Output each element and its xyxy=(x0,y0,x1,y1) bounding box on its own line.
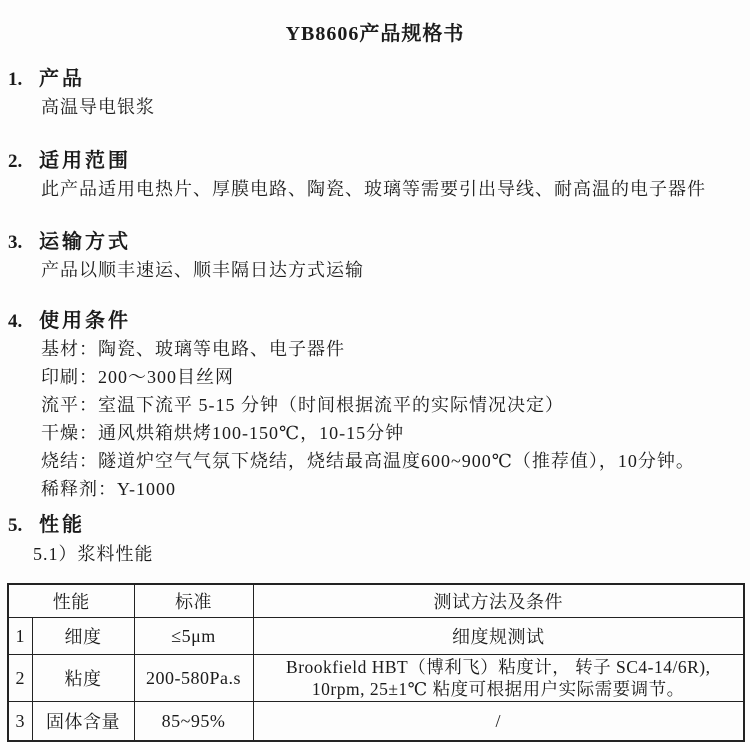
cell-property: 细度 xyxy=(32,618,134,655)
row-number: 1 xyxy=(8,618,32,655)
section-title: 运输方式 xyxy=(39,231,131,253)
cell-property: 粘度 xyxy=(32,655,134,702)
section-title: 性能 xyxy=(39,514,85,536)
cell-standard: 200-580Pa.s xyxy=(134,655,253,702)
section-performance: 5. 性能 5.1）浆料性能 xyxy=(8,514,738,565)
section-heading: 3. 运输方式 xyxy=(8,231,738,254)
section-number: 3. xyxy=(8,232,39,254)
section-number: 1. xyxy=(8,69,39,91)
body-line-sintering: 烧结：隧道炉空气气氛下烧结，烧结最高温度600~900℃（推荐值），10分钟。 xyxy=(41,447,738,475)
document-page: YB8606产品规格书 1. 产品 高温导电银浆 2. 适用范围 此产品适用电热… xyxy=(0,0,750,750)
section-heading: 4. 使用条件 xyxy=(8,310,738,333)
table-row: 2 粘度 200-580Pa.s Brookfield HBT（博利飞）粘度计，… xyxy=(8,655,744,702)
body-line: 产品以顺丰速运、顺丰隔日达方式运输 xyxy=(41,256,738,284)
body-line-drying: 干燥：通风烘箱烘烤100-150℃，10-15分钟 xyxy=(41,419,738,447)
table-row: 3 固体含量 85~95% / xyxy=(8,702,744,742)
section-body: 产品以顺丰速运、顺丰隔日达方式运输 xyxy=(41,256,738,284)
performance-table: 性能 标准 测试方法及条件 1 细度 ≤5μm 细度规测试 2 粘度 200-5… xyxy=(7,583,745,742)
section-shipping-method: 3. 运输方式 产品以顺丰速运、顺丰隔日达方式运输 xyxy=(8,231,738,284)
table-row: 1 细度 ≤5μm 细度规测试 xyxy=(8,618,744,655)
section-product: 1. 产品 高温导电银浆 xyxy=(8,68,738,121)
section-number: 5. xyxy=(8,515,39,537)
section-title: 产品 xyxy=(39,68,85,90)
cell-standard: ≤5μm xyxy=(134,618,253,655)
section-heading: 1. 产品 xyxy=(8,68,738,91)
body-line-diluent: 稀释剂：Y-1000 xyxy=(41,475,738,503)
section-number: 4. xyxy=(8,311,39,333)
cell-method: Brookfield HBT（博利飞）粘度计， 转子 SC4-14/6R), 1… xyxy=(253,655,744,702)
cell-method: 细度规测试 xyxy=(253,618,744,655)
cell-property: 固体含量 xyxy=(32,702,134,742)
body-line: 高温导电银浆 xyxy=(41,93,738,121)
body-line-substrate: 基材：陶瓷、玻璃等电路、电子器件 xyxy=(41,335,738,363)
section-title: 使用条件 xyxy=(39,310,131,332)
cell-standard: 85~95% xyxy=(134,702,253,742)
body-line-printing: 印刷：200～300目丝网 xyxy=(41,363,738,391)
section-body: 高温导电银浆 xyxy=(41,93,738,121)
header-property: 性能 xyxy=(8,584,134,618)
section-heading: 2. 适用范围 xyxy=(8,150,738,173)
document-title: YB8606产品规格书 xyxy=(0,17,750,46)
header-method: 测试方法及条件 xyxy=(253,584,744,618)
cell-method: / xyxy=(253,702,744,742)
section-heading: 5. 性能 xyxy=(8,514,738,537)
section-title: 适用范围 xyxy=(39,150,131,172)
row-number: 3 xyxy=(8,702,32,742)
section-number: 2. xyxy=(8,151,39,173)
section-usage-conditions: 4. 使用条件 基材：陶瓷、玻璃等电路、电子器件 印刷：200～300目丝网 流… xyxy=(8,310,738,503)
section-body: 此产品适用电热片、厚膜电路、陶瓷、玻璃等需要引出导线、耐高温的电子器件 xyxy=(41,175,738,203)
section-body: 基材：陶瓷、玻璃等电路、电子器件 印刷：200～300目丝网 流平：室温下流平 … xyxy=(41,335,738,503)
section-application-scope: 2. 适用范围 此产品适用电热片、厚膜电路、陶瓷、玻璃等需要引出导线、耐高温的电… xyxy=(8,150,738,203)
row-number: 2 xyxy=(8,655,32,702)
body-line: 此产品适用电热片、厚膜电路、陶瓷、玻璃等需要引出导线、耐高温的电子器件 xyxy=(41,175,738,203)
body-line-leveling: 流平：室温下流平 5-15 分钟（时间根据流平的实际情况决定） xyxy=(41,391,738,419)
table-header-row: 性能 标准 测试方法及条件 xyxy=(8,584,744,618)
header-standard: 标准 xyxy=(134,584,253,618)
subsection-paste-performance: 5.1）浆料性能 xyxy=(33,543,738,565)
